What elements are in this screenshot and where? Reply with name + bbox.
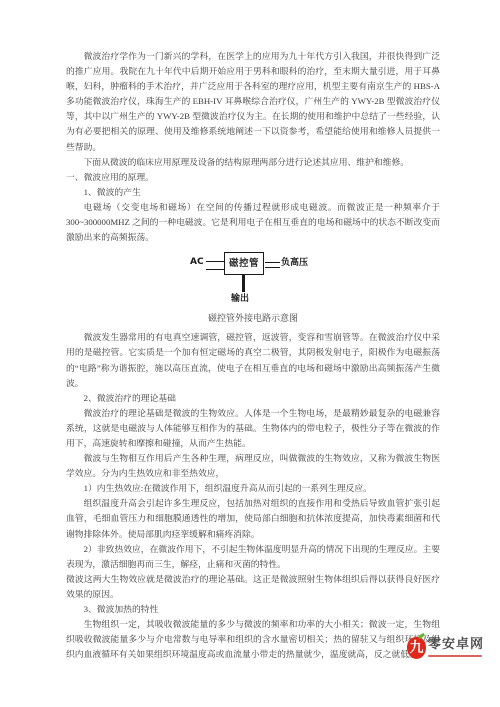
output-label: 输出: [231, 294, 249, 304]
watermark-brand-wrap: 零安卓网: [428, 637, 484, 657]
ac-input-label: AC: [190, 257, 204, 267]
watermark-logo: 九 零安卓网: [407, 637, 484, 659]
wire-right-bottom: [265, 267, 280, 268]
watermark-badge-char: 九: [410, 637, 424, 659]
magnetron-box-label: 磁控管: [229, 256, 259, 271]
negative-hv-label: 负高压: [281, 258, 308, 268]
paragraph-thermal-effect: 1）内生热效应:在微波作用下，组织温度升高从而引起的一系列生理反应。: [66, 481, 440, 496]
figure-caption: 磁控管外接电路示意图: [66, 311, 440, 326]
wire-left-top: [206, 261, 224, 262]
paragraph-intro: 微波治疗学作为一门新兴的学科，在医学上的应用为九十年代方引入我国，并很快得到广泛…: [66, 49, 440, 155]
wire-left-bottom: [206, 269, 224, 270]
paragraph-heating-characteristics: 生物组织一定，其吸收微波能量的多少与微波的频率和功率的大小相关；微波一定，生物组…: [66, 617, 440, 662]
paragraph-temperature-rise: 组织温度升高会引起许多生理反应，包括加热对组织的直接作用和受热后导致血管扩张引起…: [66, 496, 440, 541]
heading-theory-basis: 2、微波治疗的理论基础: [66, 391, 440, 406]
watermark-brand-text: 零安卓网: [428, 637, 484, 653]
paragraph-nonthermal-effect: 2）非致热效应，在微波作用下，不引起生物体温度明显升高的情况下出现的生理反应。主…: [66, 542, 440, 572]
output-line: [242, 275, 245, 292]
watermark-tagline: [428, 655, 482, 657]
magnetron-circuit-figure: AC 磁控管 负高压 输出 磁控管外接电路示意图: [66, 250, 440, 326]
paragraph-two-effects: 微波这两大生物效应就是微波治疗的理论基础。这正是微波照射生物体组织后得以获得良好…: [66, 572, 440, 602]
paragraph-bio-medical-effect: 微波与生物相互作用后产生各种生理，病理反应，叫做微波的生物效应，又称为微波生物医…: [66, 451, 440, 481]
heading-section-1: 一、微波应用的原理。: [66, 170, 440, 185]
apple-badge-icon: 九: [407, 637, 426, 659]
document-body: 微波治疗学作为一门新兴的学科，在医学上的应用为九十年代方引入我国，并很快得到广泛…: [66, 49, 440, 662]
paragraph-em-field: 电磁场（交变电场和磁场）在空间的传播过程就形成电磁波。而微波正是一种频率介于30…: [66, 200, 440, 245]
heading-microwave-generation: 1、微波的产生: [66, 185, 440, 200]
magnetron-circuit-diagram: AC 磁控管 负高压 输出: [66, 250, 440, 305]
document-page: 微波治疗学作为一门新兴的学科，在医学上的应用为九十年代方引入我国，并很快得到广泛…: [0, 0, 500, 707]
wire-right-top: [265, 262, 280, 263]
paragraph-magnetron: 微波发生器常用的有电真空速调管，磁控管，返波管，变容和雪崩管等。在微波治疗仪中采…: [66, 330, 440, 390]
paragraph-overview: 下面从微波的临床应用原理及设备的结构原理两部分进行论述其应用、维护和维修。: [66, 155, 440, 170]
heading-heating-characteristics: 3、微波加热的特性: [66, 602, 440, 617]
magnetron-box: 磁控管: [224, 252, 264, 275]
paragraph-bio-effect: 微波治疗的理论基础是微波的生物效应。人体是一个生物电场，是最精妙最复杂的电磁兼容…: [66, 406, 440, 451]
